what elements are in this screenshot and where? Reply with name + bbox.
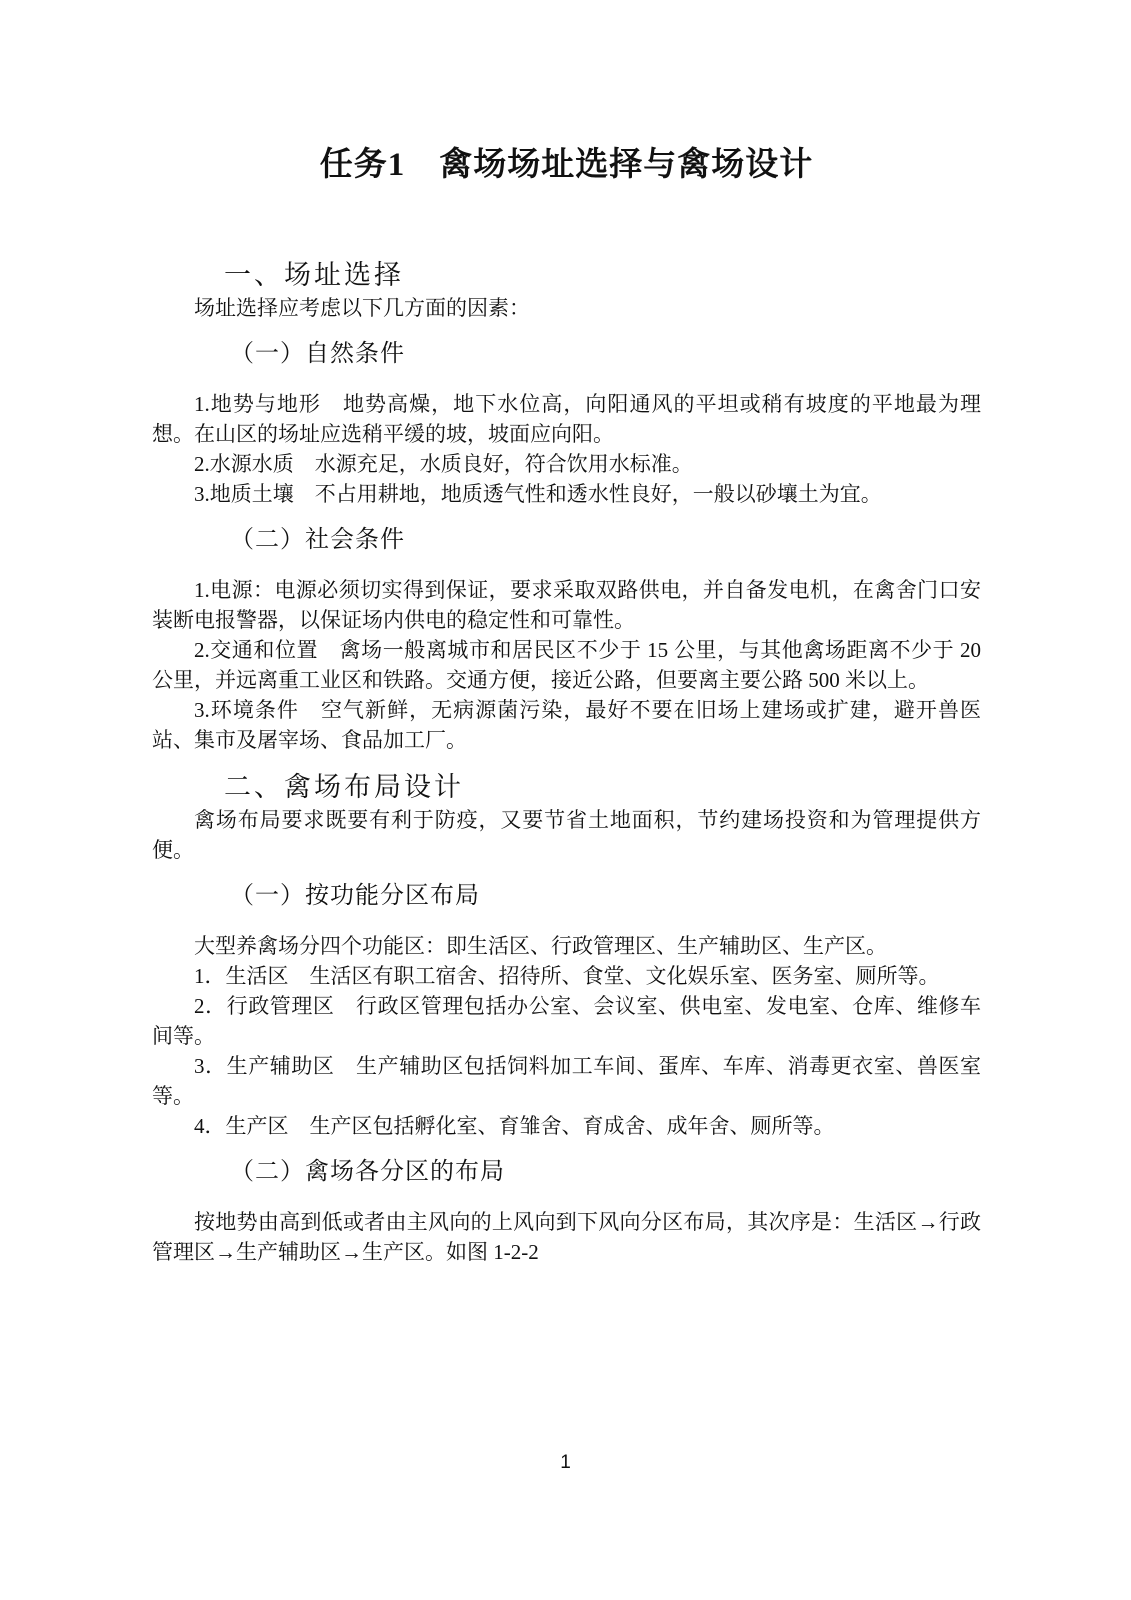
page-number: 1 xyxy=(0,1452,1131,1474)
subheading-social-conditions: （二）社会条件 xyxy=(230,523,981,557)
paragraph-environment: 3.环境条件 空气新鲜，无病源菌污染，最好不要在旧场上建场或扩建，避开兽医站、集… xyxy=(152,695,981,755)
document-title: 任务1 禽场场址选择与禽场设计 xyxy=(152,145,981,185)
heading-section-1-site-selection: 一、场址选择 xyxy=(224,257,981,293)
paragraph-admin-zone: 2．行政管理区 行政区管理包括办公室、会议室、供电室、发电室、仓库、维修车间等。 xyxy=(152,991,981,1051)
paragraph-power-supply: 1.电源：电源必须切实得到保证，要求采取双路供电，并自备发电机，在禽舍门口安装断… xyxy=(152,575,981,635)
paragraph-geology-soil: 3.地质土壤 不占用耕地，地质透气性和透水性良好，一般以砂壤土为宜。 xyxy=(152,479,981,509)
paragraph-water-source: 2.水源水质 水源充足，水质良好，符合饮用水标准。 xyxy=(152,449,981,479)
subheading-zone-arrangement: （二）禽场各分区的布局 xyxy=(230,1155,981,1189)
paragraph-production-zone: 4．生产区 生产区包括孵化室、育雏舍、育成舍、成年舍、厕所等。 xyxy=(152,1111,981,1141)
heading-section-2-layout-design: 二、禽场布局设计 xyxy=(224,769,981,805)
paragraph-layout-intro: 禽场布局要求既要有利于防疫，又要节省土地面积，节约建场投资和为管理提供方便。 xyxy=(152,805,981,865)
document-page: 任务1 禽场场址选择与禽场设计 一、场址选择 场址选择应考虑以下几方面的因素： … xyxy=(0,0,1131,1600)
paragraph-site-selection-intro: 场址选择应考虑以下几方面的因素： xyxy=(152,293,981,323)
paragraph-living-zone: 1．生活区 生活区有职工宿舍、招待所、食堂、文化娱乐室、医务室、厕所等。 xyxy=(152,961,981,991)
paragraph-four-zones: 大型养禽场分四个功能区：即生活区、行政管理区、生产辅助区、生产区。 xyxy=(152,931,981,961)
paragraph-zone-order: 按地势由高到低或者由主风向的上风向到下风向分区布局，其次序是：生活区→行政管理区… xyxy=(152,1207,981,1267)
paragraph-terrain: 1.地势与地形 地势高燥，地下水位高，向阳通风的平坦或稍有坡度的平地最为理想。在… xyxy=(152,389,981,449)
paragraph-auxiliary-zone: 3．生产辅助区 生产辅助区包括饲料加工车间、蛋库、车库、消毒更衣室、兽医室等。 xyxy=(152,1051,981,1111)
subheading-natural-conditions: （一）自然条件 xyxy=(230,337,981,371)
paragraph-traffic-location: 2.交通和位置 禽场一般离城市和居民区不少于 15 公里，与其他禽场距离不少于 … xyxy=(152,635,981,695)
subheading-functional-zoning: （一）按功能分区布局 xyxy=(230,879,981,913)
